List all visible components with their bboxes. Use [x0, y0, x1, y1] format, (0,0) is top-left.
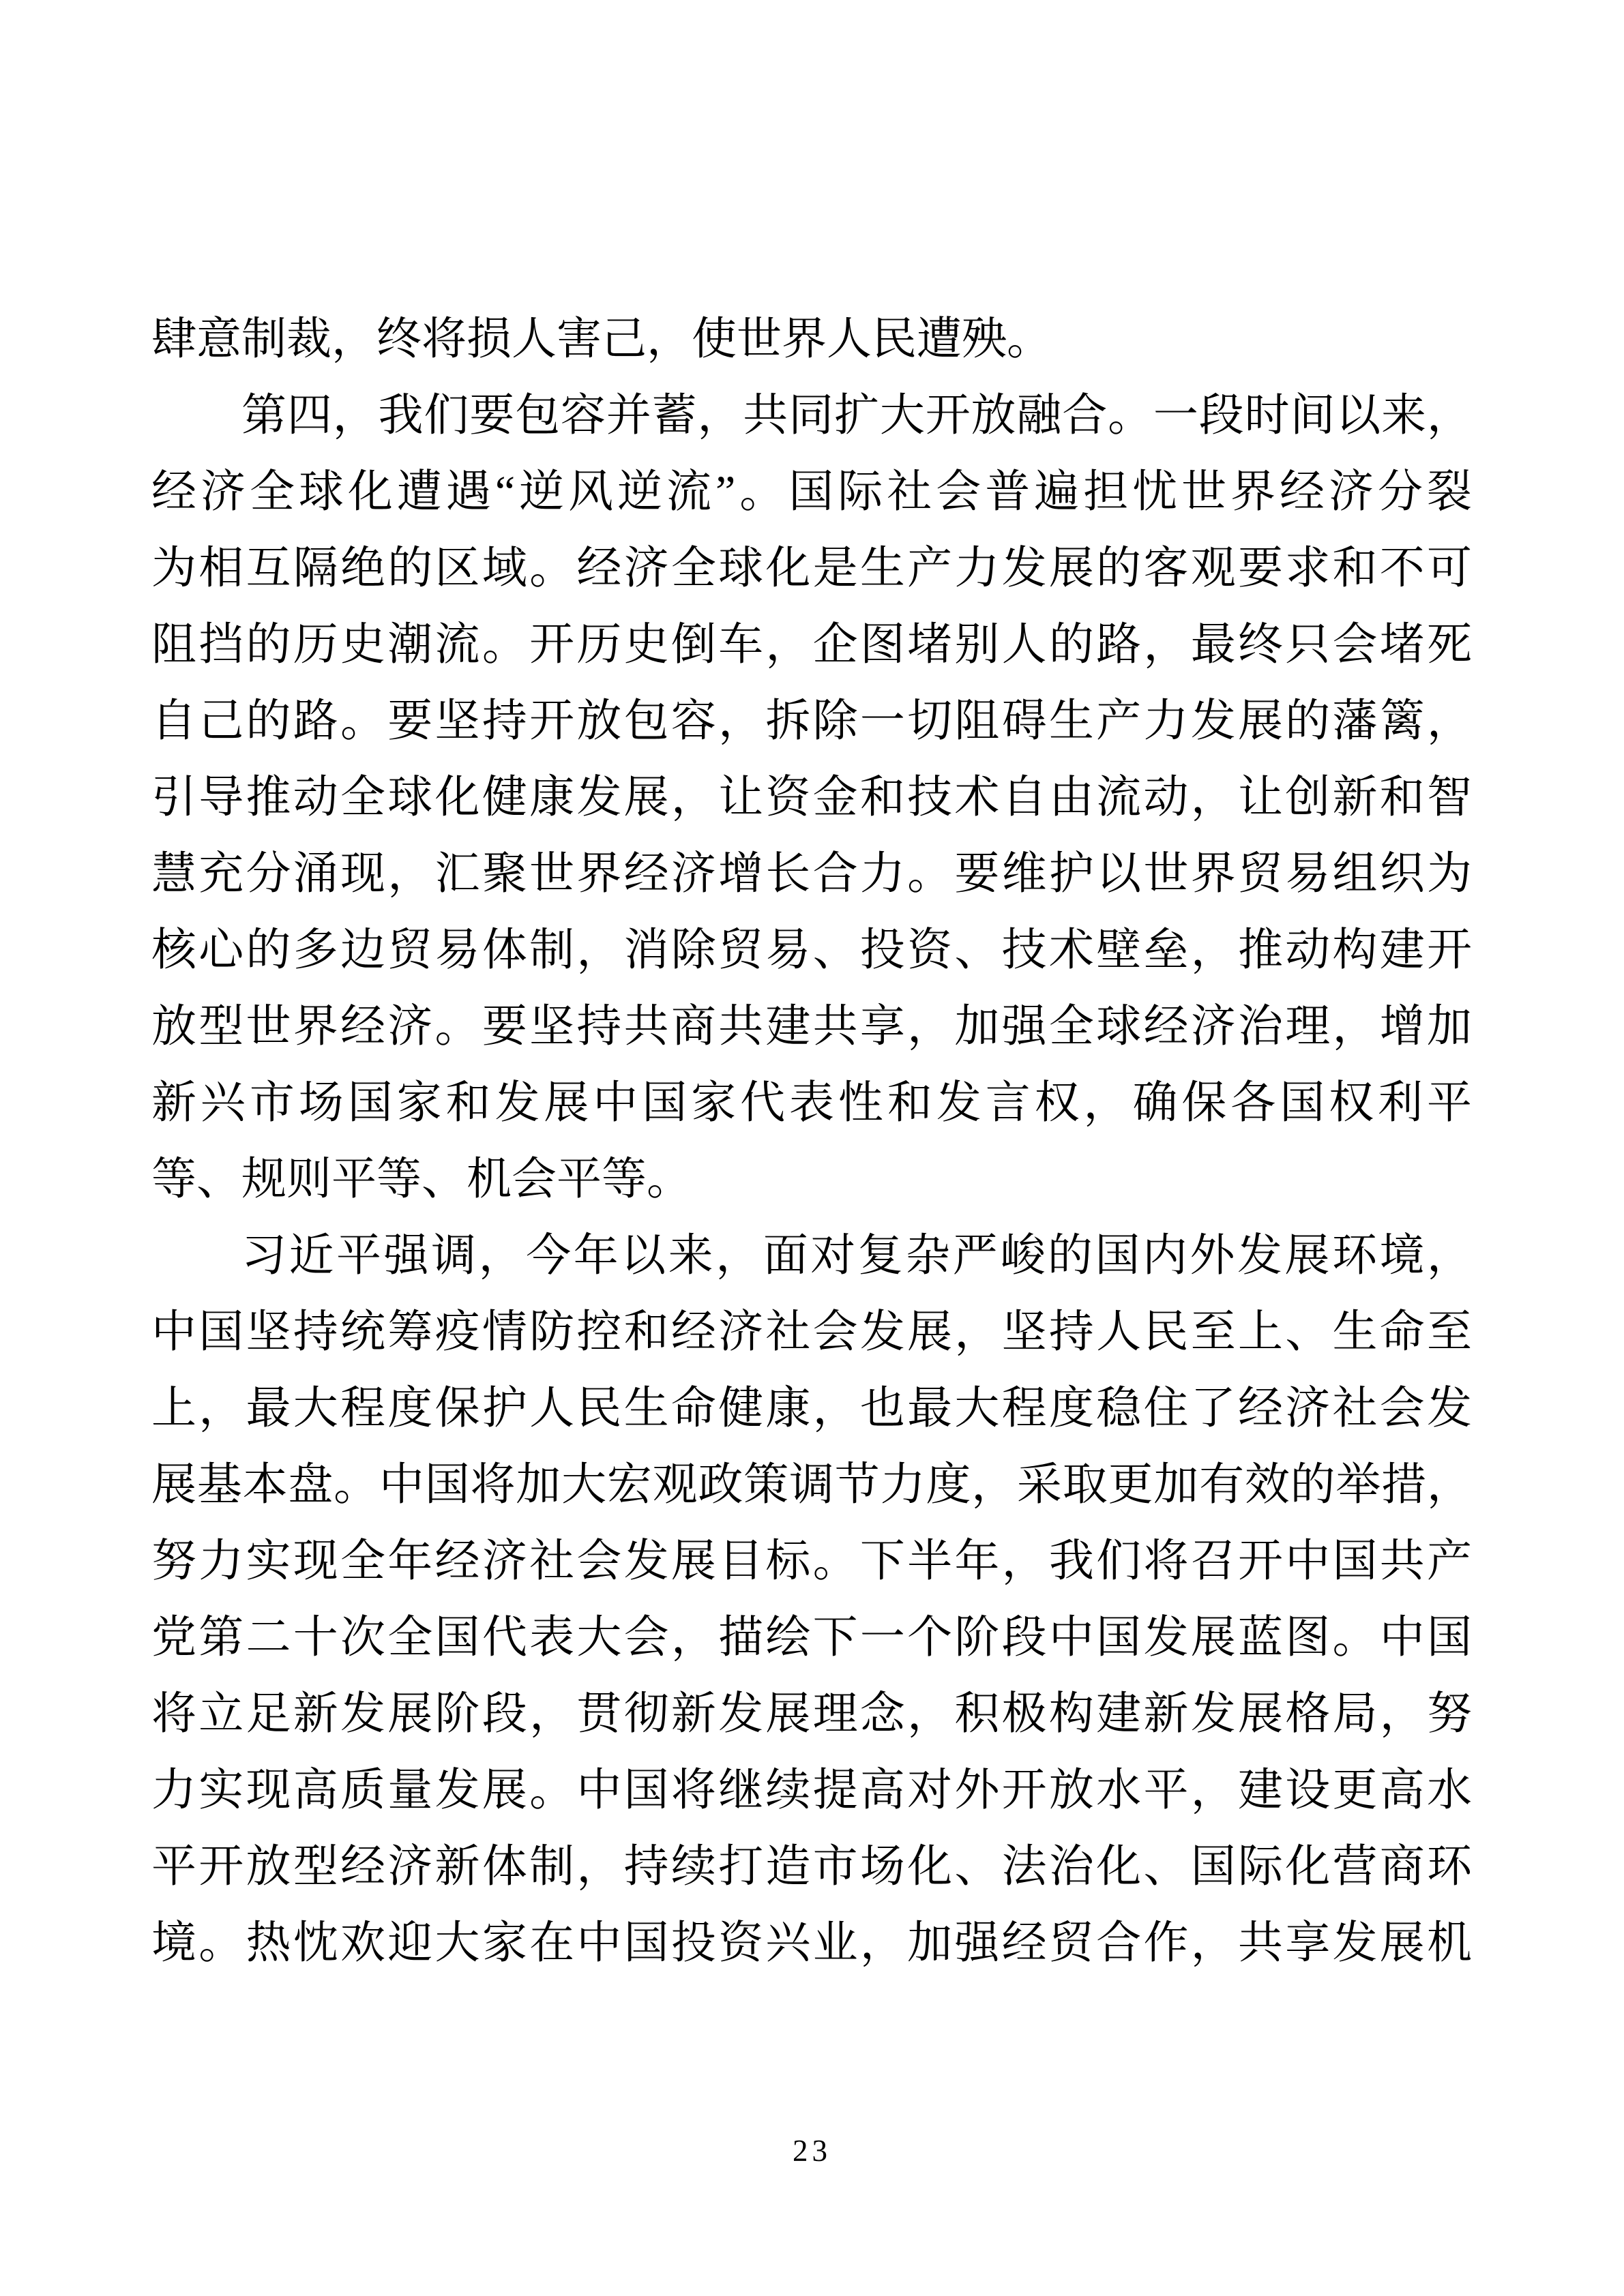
text-line: 将立足新发展阶段，贯彻新发展理念，积极构建新发展格局，努: [151, 1676, 1472, 1753]
text-line: 上，最大程度保护人民生命健康，也最大程度稳住了经济社会发: [151, 1371, 1472, 1447]
document-page: 肆意制裁，终将损人害己，使世界人民遭殃。第四，我们要包容并蓄，共同扩大开放融合。…: [0, 0, 1624, 2296]
text-line: 平开放型经济新体制，持续打造市场化、法治化、国际化营商环: [151, 1829, 1472, 1905]
text-line: 引导推动全球化健康发展，让资金和技术自由流动，让创新和智: [151, 760, 1472, 836]
text-line: 为相互隔绝的区域。经济全球化是生产力发展的客观要求和不可: [151, 531, 1472, 607]
text-line: 力实现高质量发展。中国将继续提高对外开放水平，建设更高水: [151, 1753, 1472, 1829]
text-line: 经济全球化遭遇“逆风逆流”。国际社会普遍担忧世界经济分裂: [151, 454, 1472, 531]
text-line: 中国坚持统筹疫情防控和经济社会发展，坚持人民至上、生命至: [151, 1294, 1472, 1371]
text-line: 慧充分涌现，汇聚世界经济增长合力。要维护以世界贸易组织为: [151, 836, 1472, 912]
text-line: 展基本盘。中国将加大宏观政策调节力度，采取更加有效的举措，: [151, 1447, 1472, 1523]
text-line: 境。热忱欢迎大家在中国投资兴业，加强经贸合作，共享发展机: [151, 1905, 1472, 1982]
text-line: 阻挡的历史潮流。开历史倒车，企图堵别人的路，最终只会堵死: [151, 607, 1472, 683]
page-number: 23: [0, 2130, 1624, 2171]
text-line: 党第二十次全国代表大会，描绘下一个阶段中国发展蓝图。中国: [151, 1600, 1472, 1676]
text-line: 肆意制裁，终将损人害己，使世界人民遭殃。: [151, 301, 1472, 378]
text-line: 等、规则平等、机会平等。: [151, 1142, 1472, 1218]
text-line: 自己的路。要坚持开放包容，拆除一切阻碍生产力发展的藩篱，: [151, 683, 1472, 760]
text-line: 习近平强调，今年以来，面对复杂严峻的国内外发展环境，: [151, 1218, 1472, 1294]
text-line: 新兴市场国家和发展中国家代表性和发言权，确保各国权利平: [151, 1065, 1472, 1142]
text-line: 努力实现全年经济社会发展目标。下半年，我们将召开中国共产: [151, 1523, 1472, 1600]
text-line: 第四，我们要包容并蓄，共同扩大开放融合。一段时间以来，: [151, 378, 1472, 454]
text-block: 肆意制裁，终将损人害己，使世界人民遭殃。第四，我们要包容并蓄，共同扩大开放融合。…: [151, 301, 1472, 1982]
text-line: 放型世界经济。要坚持共商共建共享，加强全球经济治理，增加: [151, 989, 1472, 1065]
text-line: 核心的多边贸易体制，消除贸易、投资、技术壁垒，推动构建开: [151, 912, 1472, 989]
